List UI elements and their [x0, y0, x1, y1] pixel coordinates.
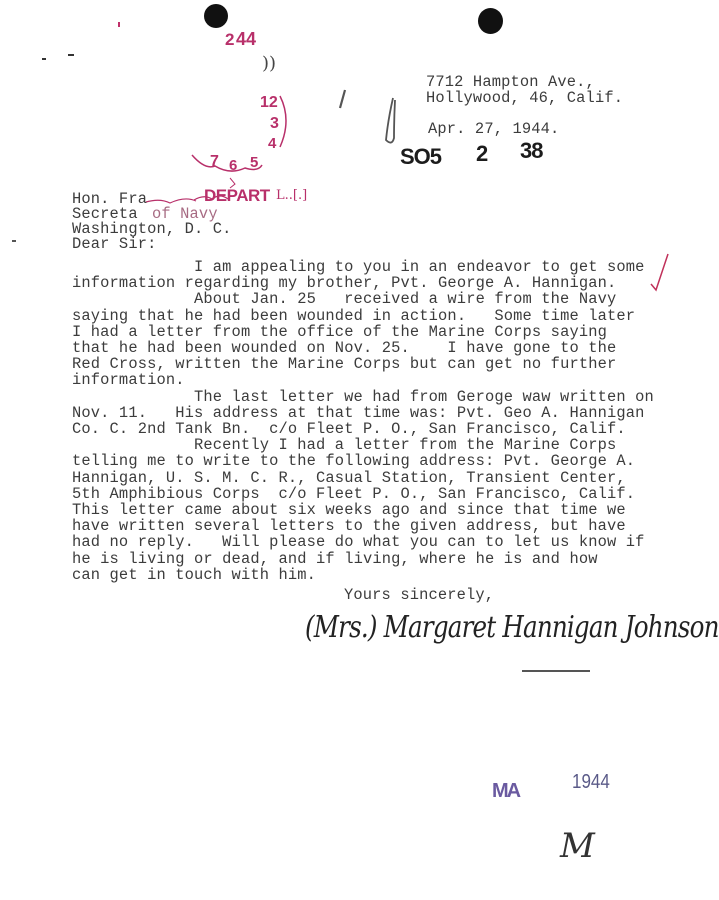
signature-underline [522, 670, 590, 672]
handwritten-initials: M [560, 826, 595, 866]
received-year-stamp: 1944 [572, 771, 610, 794]
red-check-mark [0, 0, 719, 300]
body-line: information. [72, 371, 185, 389]
body-line: can get in touch with him. [72, 566, 316, 584]
received-month-stamp: MA [492, 780, 519, 803]
closing: Yours sincerely, [344, 586, 494, 604]
letter-page: 2 44 )) 12 3 4 7 6 5 DEPART L..[.] 7712 … [0, 0, 719, 900]
signature: (Mrs.) Margaret Hannigan Johnson [305, 610, 719, 645]
